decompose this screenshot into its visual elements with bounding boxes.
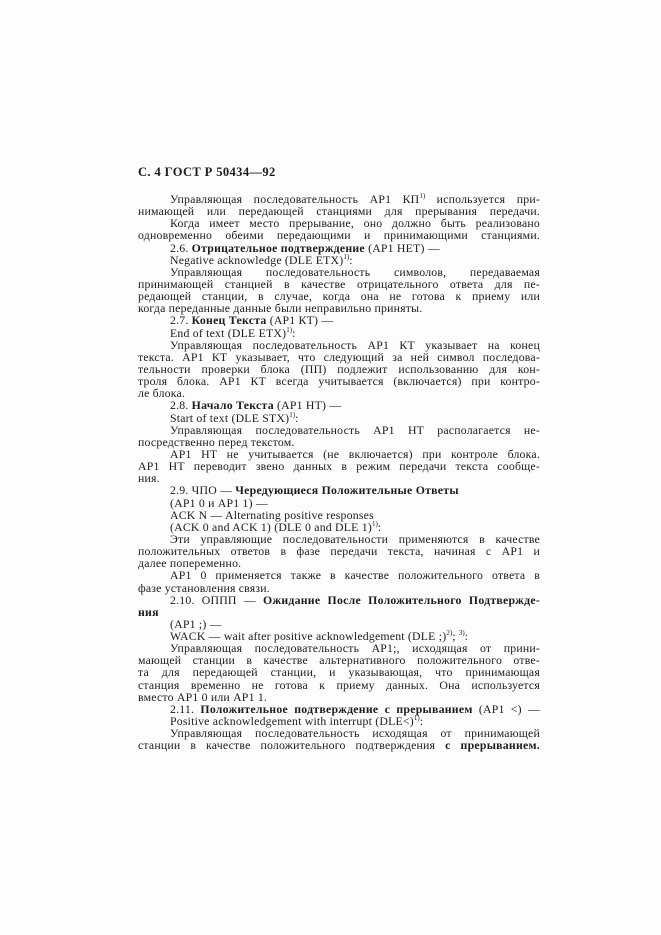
text-line: Управляющая последовательность АР1 КТ ук… — [138, 339, 540, 351]
page-text-block: С. 4 ГОСТ Р 50434—92 Управляющая последо… — [138, 166, 540, 751]
text-line: та для передающей станции, и указывающая… — [138, 666, 540, 678]
text-line: 2.10. ОППП — Ожидание После Положительно… — [138, 594, 540, 606]
text-line: (АР1 0 и АР1 1) — — [138, 497, 540, 509]
text-line: станции в качестве положительного подтве… — [138, 739, 540, 751]
document-page: С. 4 ГОСТ Р 50434—92 Управляющая последо… — [0, 0, 661, 935]
text-line: Start of text (DLE STX)1): — [138, 412, 540, 424]
text-line: End of text (DLE ETX)1): — [138, 327, 540, 339]
text-line: 2.8. Начало Текста (АР1 НТ) — — [138, 399, 540, 411]
text-line: ACK N — Alternating positive responses — [138, 509, 540, 521]
text-line: АР1 0 применяется также в качестве полож… — [138, 569, 540, 581]
text-line: станция временно не готова к приему данн… — [138, 679, 540, 691]
text-line: троля блока. АР1 КТ всегда учитывается (… — [138, 375, 540, 387]
text-line: 2.9. ЧПО — Чередующиеся Положительные От… — [138, 484, 540, 496]
text-line: 2.7. Конец Текста (АР1 КТ) — — [138, 314, 540, 326]
text-line: Управляющая последовательность АР1 НТ ра… — [138, 424, 540, 436]
page-body: Управляющая последовательность АР1 КП1) … — [138, 193, 540, 751]
text-line: АР1 НТ переводит звено данных в режим пе… — [138, 460, 540, 472]
page-header: С. 4 ГОСТ Р 50434—92 — [138, 166, 540, 178]
text-line: 2.6. Отрицательное подтверждение (АР1 НЕ… — [138, 242, 540, 254]
